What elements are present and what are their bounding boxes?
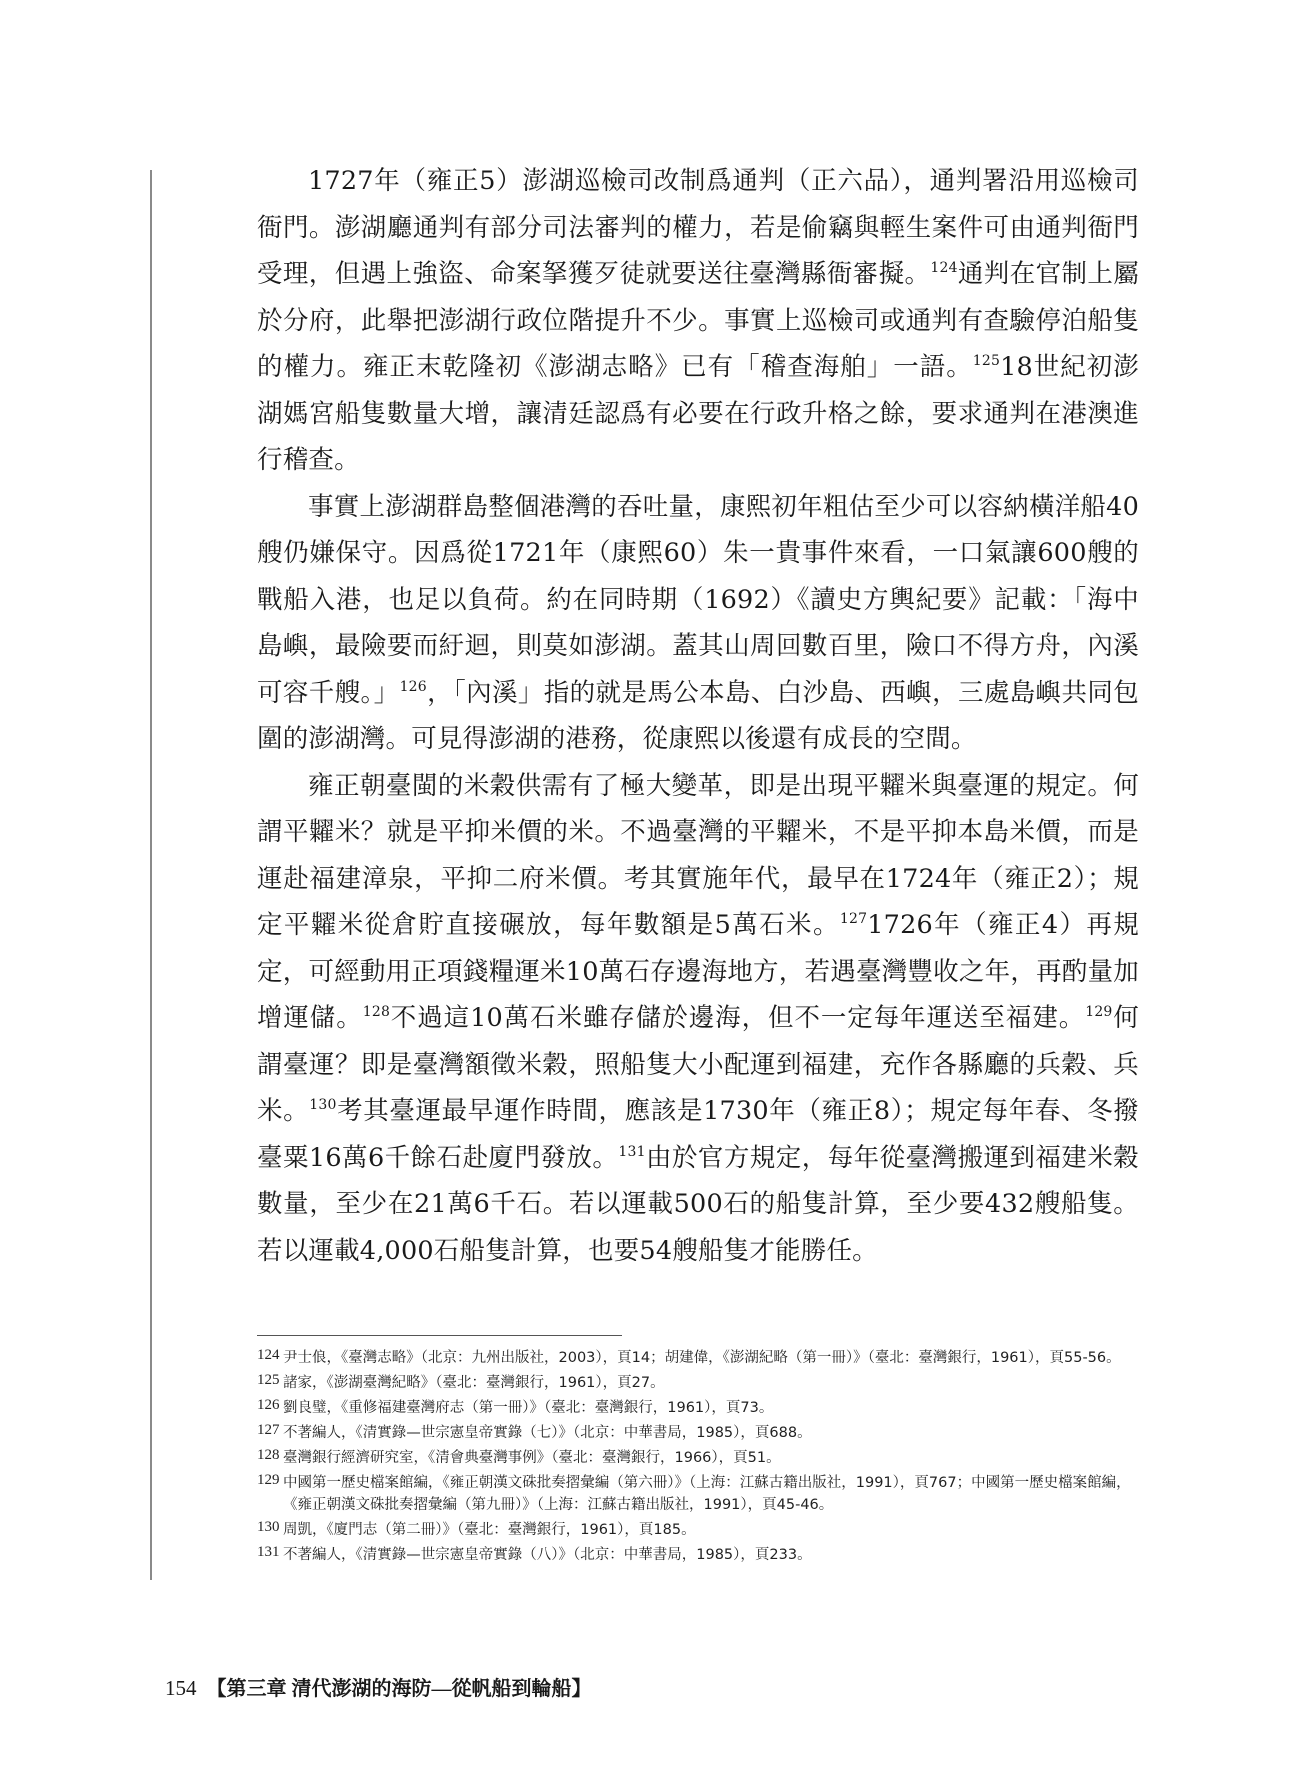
page-number: 154 — [165, 1676, 197, 1700]
margin-rule — [150, 170, 152, 1580]
paragraph-2: 事實上澎湖群島整個港灣的吞吐量，康熙初年粗估至少可以容納橫洋船40艘仍嫌保守。因… — [257, 484, 1139, 763]
footnote-ref-124[interactable]: 124 — [930, 260, 957, 276]
footnote-separator — [257, 1335, 622, 1336]
footnote-text: 周凱，《廈門志（第二冊）》（臺北：臺灣銀行，1961），頁185。 — [283, 1519, 1137, 1541]
footnote-text: 不著編人，《清實錄—世宗憲皇帝實錄（八）》（北京：中華書局，1985），頁233… — [283, 1544, 1137, 1566]
page-footer: 154【第三章 清代澎湖的海防—從帆船到輪船】 — [165, 1672, 592, 1701]
footnote-126: 126劉良璧，《重修福建臺灣府志（第一冊）》（臺北：臺灣銀行，1961），頁73… — [257, 1397, 1137, 1419]
footnote-131: 131不著編人，《清實錄—世宗憲皇帝實錄（八）》（北京：中華書局，1985），頁… — [257, 1544, 1137, 1566]
footnote-number: 124 — [257, 1344, 280, 1366]
footnote-ref-131[interactable]: 131 — [618, 1144, 645, 1160]
footnote-text: 不著編人，《清實錄—世宗憲皇帝實錄（七）》（北京：中華書局，1985），頁688… — [283, 1422, 1137, 1444]
footnote-number: 126 — [257, 1394, 280, 1416]
footnote-ref-129[interactable]: 129 — [1085, 1004, 1112, 1020]
footnote-ref-130[interactable]: 130 — [309, 1097, 336, 1113]
footnote-130: 130周凱，《廈門志（第二冊）》（臺北：臺灣銀行，1961），頁185。 — [257, 1519, 1137, 1541]
footnote-number: 129 — [257, 1469, 280, 1491]
footnote-number: 127 — [257, 1419, 280, 1441]
footnote-127: 127不著編人，《清實錄—世宗憲皇帝實錄（七）》（北京：中華書局，1985），頁… — [257, 1422, 1137, 1444]
footnote-text: 尹士俍，《臺灣志略》（北京：九州出版社，2003），頁14；胡建偉，《澎湖紀略（… — [283, 1347, 1137, 1369]
running-head: 【第三章 清代澎湖的海防—從帆船到輪船】 — [207, 1678, 592, 1700]
footnote-number: 130 — [257, 1516, 280, 1538]
body-text: 1727年（雍正5）澎湖巡檢司改制爲通判（正六品），通判署沿用巡檢司衙門。澎湖廳… — [257, 158, 1139, 1274]
footnote-ref-128[interactable]: 128 — [363, 1004, 390, 1020]
footnote-text: 諸家，《澎湖臺灣紀略》（臺北：臺灣銀行，1961），頁27。 — [283, 1372, 1137, 1394]
footnote-number: 131 — [257, 1541, 280, 1563]
footnote-text: 臺灣銀行經濟研究室，《清會典臺灣事例》（臺北：臺灣銀行，1966），頁51。 — [283, 1447, 1137, 1469]
footnote-ref-126[interactable]: 126 — [400, 679, 427, 695]
footnote-ref-125[interactable]: 125 — [973, 353, 1000, 369]
footnote-ref-127[interactable]: 127 — [840, 911, 867, 927]
footnote-text: 劉良璧，《重修福建臺灣府志（第一冊）》（臺北：臺灣銀行，1961），頁73。 — [283, 1397, 1137, 1419]
footnote-number: 125 — [257, 1369, 280, 1391]
text-segment: 不過這10萬石米雖存儲於邊海，但不一定每年運送至福建。 — [390, 1003, 1085, 1033]
footnote-128: 128臺灣銀行經濟研究室，《清會典臺灣事例》（臺北：臺灣銀行，1966），頁51… — [257, 1447, 1137, 1469]
paragraph-3: 雍正朝臺閩的米穀供需有了極大變革，即是出現平糶米與臺運的規定。何謂平糶米？就是平… — [257, 763, 1139, 1275]
footnotes: 124尹士俍，《臺灣志略》（北京：九州出版社，2003），頁14；胡建偉，《澎湖… — [257, 1347, 1137, 1569]
footnote-124: 124尹士俍，《臺灣志略》（北京：九州出版社，2003），頁14；胡建偉，《澎湖… — [257, 1347, 1137, 1369]
footnote-129: 129中國第一歷史檔案館編，《雍正朝漢文硃批奏摺彙編（第六冊）》（上海：江蘇古籍… — [257, 1472, 1137, 1516]
paragraph-1: 1727年（雍正5）澎湖巡檢司改制爲通判（正六品），通判署沿用巡檢司衙門。澎湖廳… — [257, 158, 1139, 484]
footnote-125: 125諸家，《澎湖臺灣紀略》（臺北：臺灣銀行，1961），頁27。 — [257, 1372, 1137, 1394]
text-segment: 事實上澎湖群島整個港灣的吞吐量，康熙初年粗估至少可以容納橫洋船40艘仍嫌保守。因… — [257, 492, 1139, 708]
footnote-number: 128 — [257, 1444, 280, 1466]
footnote-text: 中國第一歷史檔案館編，《雍正朝漢文硃批奏摺彙編（第六冊）》（上海：江蘇古籍出版社… — [283, 1472, 1137, 1516]
